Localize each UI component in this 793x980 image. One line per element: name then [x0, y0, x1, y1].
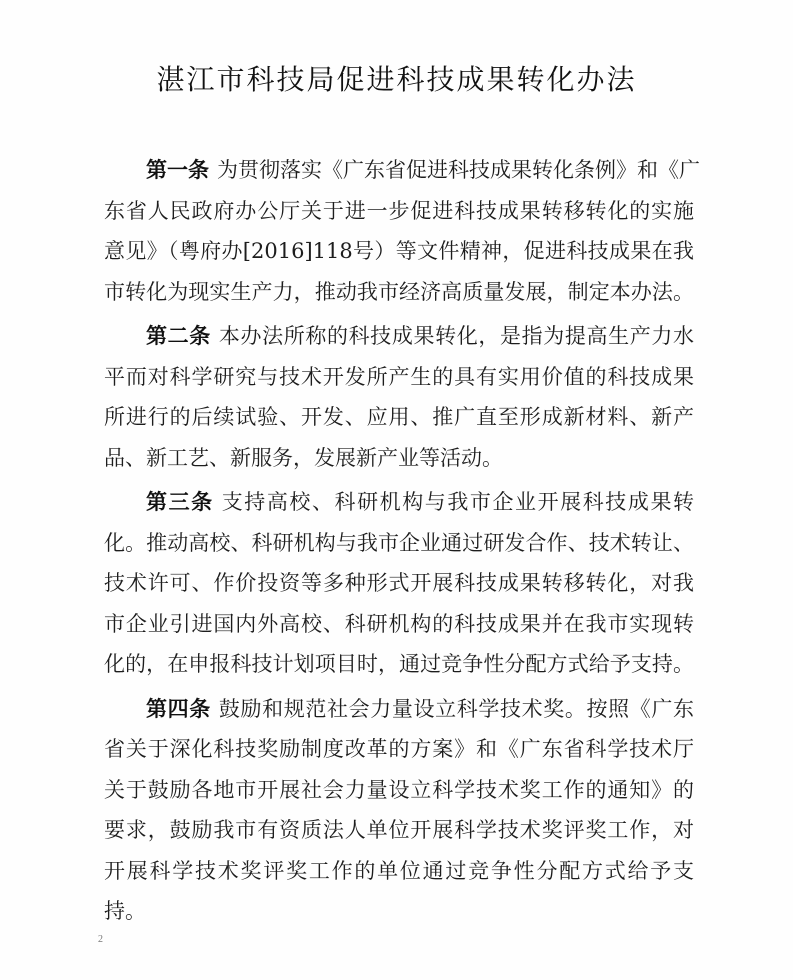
article-line: 化的，在申报科技计划项目时，通过竞争性分配方式给予支持。 [104, 644, 694, 685]
article-line: 东省人民政府办公厅关于进一步促进科技成果转移转化的实施 [104, 191, 694, 232]
article-line: 意见》（粤府办[2016]118号）等文件精神，促进科技成果在我 [104, 231, 694, 272]
article-line: 市企业引进国内外高校、科研机构的科技成果并在我市实现转 [104, 604, 694, 645]
article-2: 第二条本办法所称的科技成果转化，是指为提高生产力水 平而对科学研究与技术开发所产… [104, 316, 694, 478]
document-body: 第一条为贯彻落实《广东省促进科技成果转化条例》和《广 东省人民政府办公厅关于进一… [104, 150, 694, 932]
article-1: 第一条为贯彻落实《广东省促进科技成果转化条例》和《广 东省人民政府办公厅关于进一… [104, 150, 694, 312]
article-line: 持。 [104, 891, 694, 932]
article-label: 第二条 [146, 324, 211, 348]
article-line: 化。推动高校、科研机构与我市企业通过研发合作、技术转让、 [104, 523, 694, 564]
article-line: 要求，鼓励我市有资质法人单位开展科学技术奖评奖工作，对 [104, 810, 694, 851]
article-line: 所进行的后续试验、开发、应用、推广直至形成新材料、新产 [104, 397, 694, 438]
article-line: 第二条本办法所称的科技成果转化，是指为提高生产力水 [104, 316, 694, 357]
article-line: 省关于深化科技奖励制度改革的方案》和《广东省科学技术厅 [104, 729, 694, 770]
article-label: 第三条 [146, 490, 214, 514]
article-label: 第四条 [146, 697, 211, 721]
document-title: 湛江市科技局促进科技成果转化办法 [0, 58, 793, 98]
article-line: 平而对科学研究与技术开发所产生的具有实用价值的科技成果 [104, 357, 694, 398]
article-4: 第四条鼓励和规范社会力量设立科学技术奖。按照《广东 省关于深化科技奖励制度改革的… [104, 689, 694, 932]
article-line: 第四条鼓励和规范社会力量设立科学技术奖。按照《广东 [104, 689, 694, 730]
article-3: 第三条支持高校、科研机构与我市企业开展科技成果转 化。推动高校、科研机构与我市企… [104, 482, 694, 685]
article-line: 第三条支持高校、科研机构与我市企业开展科技成果转 [104, 482, 694, 523]
article-line: 市转化为现实生产力，推动我市经济高质量发展，制定本办法。 [104, 272, 694, 313]
article-line: 关于鼓励各地市开展社会力量设立科学技术奖工作的通知》的 [104, 770, 694, 811]
article-line: 品、新工艺、新服务，发展新产业等活动。 [104, 438, 694, 479]
article-line: 开展科学技术奖评奖工作的单位通过竞争性分配方式给予支 [104, 851, 694, 892]
article-line: 第一条为贯彻落实《广东省促进科技成果转化条例》和《广 [104, 150, 694, 191]
page-number: 2 [98, 934, 103, 945]
document-page: 湛江市科技局促进科技成果转化办法 第一条为贯彻落实《广东省促进科技成果转化条例》… [0, 0, 793, 980]
article-line: 技术许可、作价投资等多种形式开展科技成果转移转化，对我 [104, 563, 694, 604]
article-label: 第一条 [146, 158, 209, 182]
